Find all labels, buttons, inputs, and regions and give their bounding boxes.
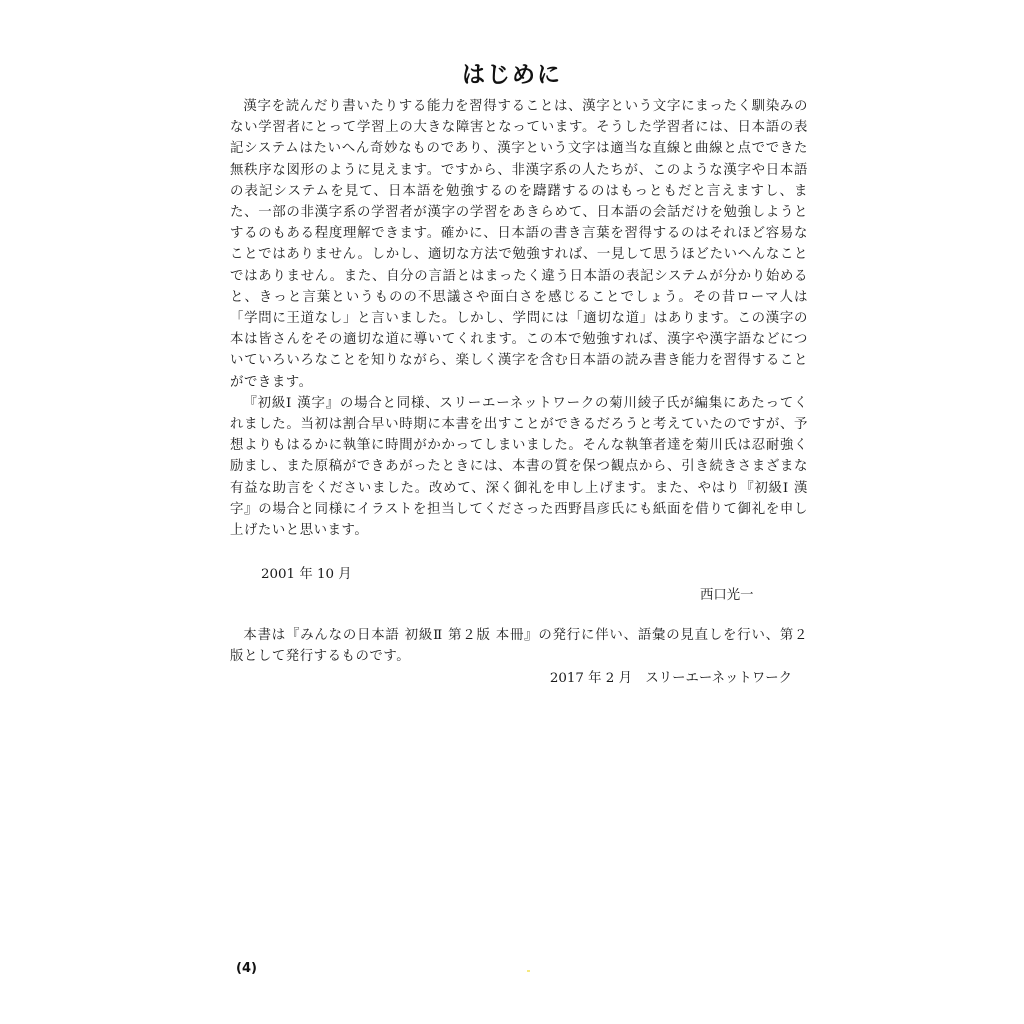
paragraph: 『初級Ⅰ 漢字』の場合と同様、スリーエーネットワークの菊川綾子氏が編集にあたって… (230, 393, 808, 541)
page-title: はじめに (0, 56, 1024, 89)
preface-date: 2001 年 10 月 (261, 563, 352, 582)
author-name: 西口光一 (700, 584, 766, 603)
preface-body: 漢字を読んだり書いたりする能力を習得することは、漢字という文字にまったく馴染みの… (230, 96, 808, 541)
document-page: はじめに 漢字を読んだり書いたりする能力を習得することは、漢字という文字にまった… (0, 0, 1024, 1024)
edition-note: 本書は『みんなの日本語 初級Ⅱ 第２版 本冊』の発行に伴い、語彙の見直しを行い、… (230, 625, 808, 667)
paragraph: 漢字を読んだり書いたりする能力を習得することは、漢字という文字にまったく馴染みの… (230, 96, 808, 393)
edition-note-text: 本書は『みんなの日本語 初級Ⅱ 第２版 本冊』の発行に伴い、語彙の見直しを行い、… (230, 625, 808, 667)
edition-note-signature: 2017 年 2 月 スリーエーネットワーク (550, 667, 792, 686)
scan-artifact (527, 970, 530, 972)
page-number: (4) (236, 961, 257, 976)
